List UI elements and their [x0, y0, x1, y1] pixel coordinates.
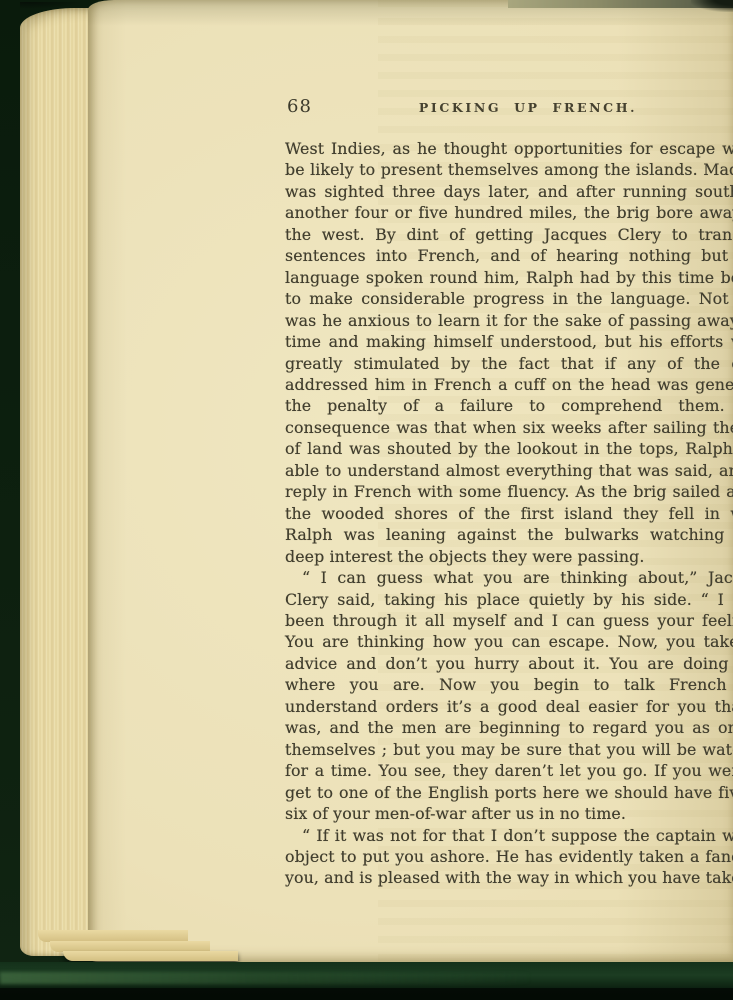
bottom-page-edge-step	[63, 951, 238, 961]
fore-edge-page-stack	[20, 8, 98, 956]
book-scan-scene: 68 PICKING UP FRENCH. West Indies, as he…	[0, 0, 733, 1000]
paragraph-continuation: West Indies, as he thought opportunities…	[285, 138, 733, 567]
running-header: PICKING UP FRENCH.	[285, 100, 733, 115]
bottom-cover-dark-edge	[0, 988, 733, 1000]
paragraph-dialogue-1: “ I can guess what you are thinking abou…	[285, 567, 733, 824]
page-top-right-shadow	[691, 0, 733, 12]
paragraph-dialogue-2: “ If it was not for that I don’t suppose…	[285, 825, 733, 889]
page-header: 68 PICKING UP FRENCH.	[285, 96, 733, 120]
bottom-cover-highlight	[0, 972, 560, 984]
book-page: 68 PICKING UP FRENCH. West Indies, as he…	[88, 0, 733, 962]
body-text: West Indies, as he thought opportunities…	[285, 138, 733, 889]
